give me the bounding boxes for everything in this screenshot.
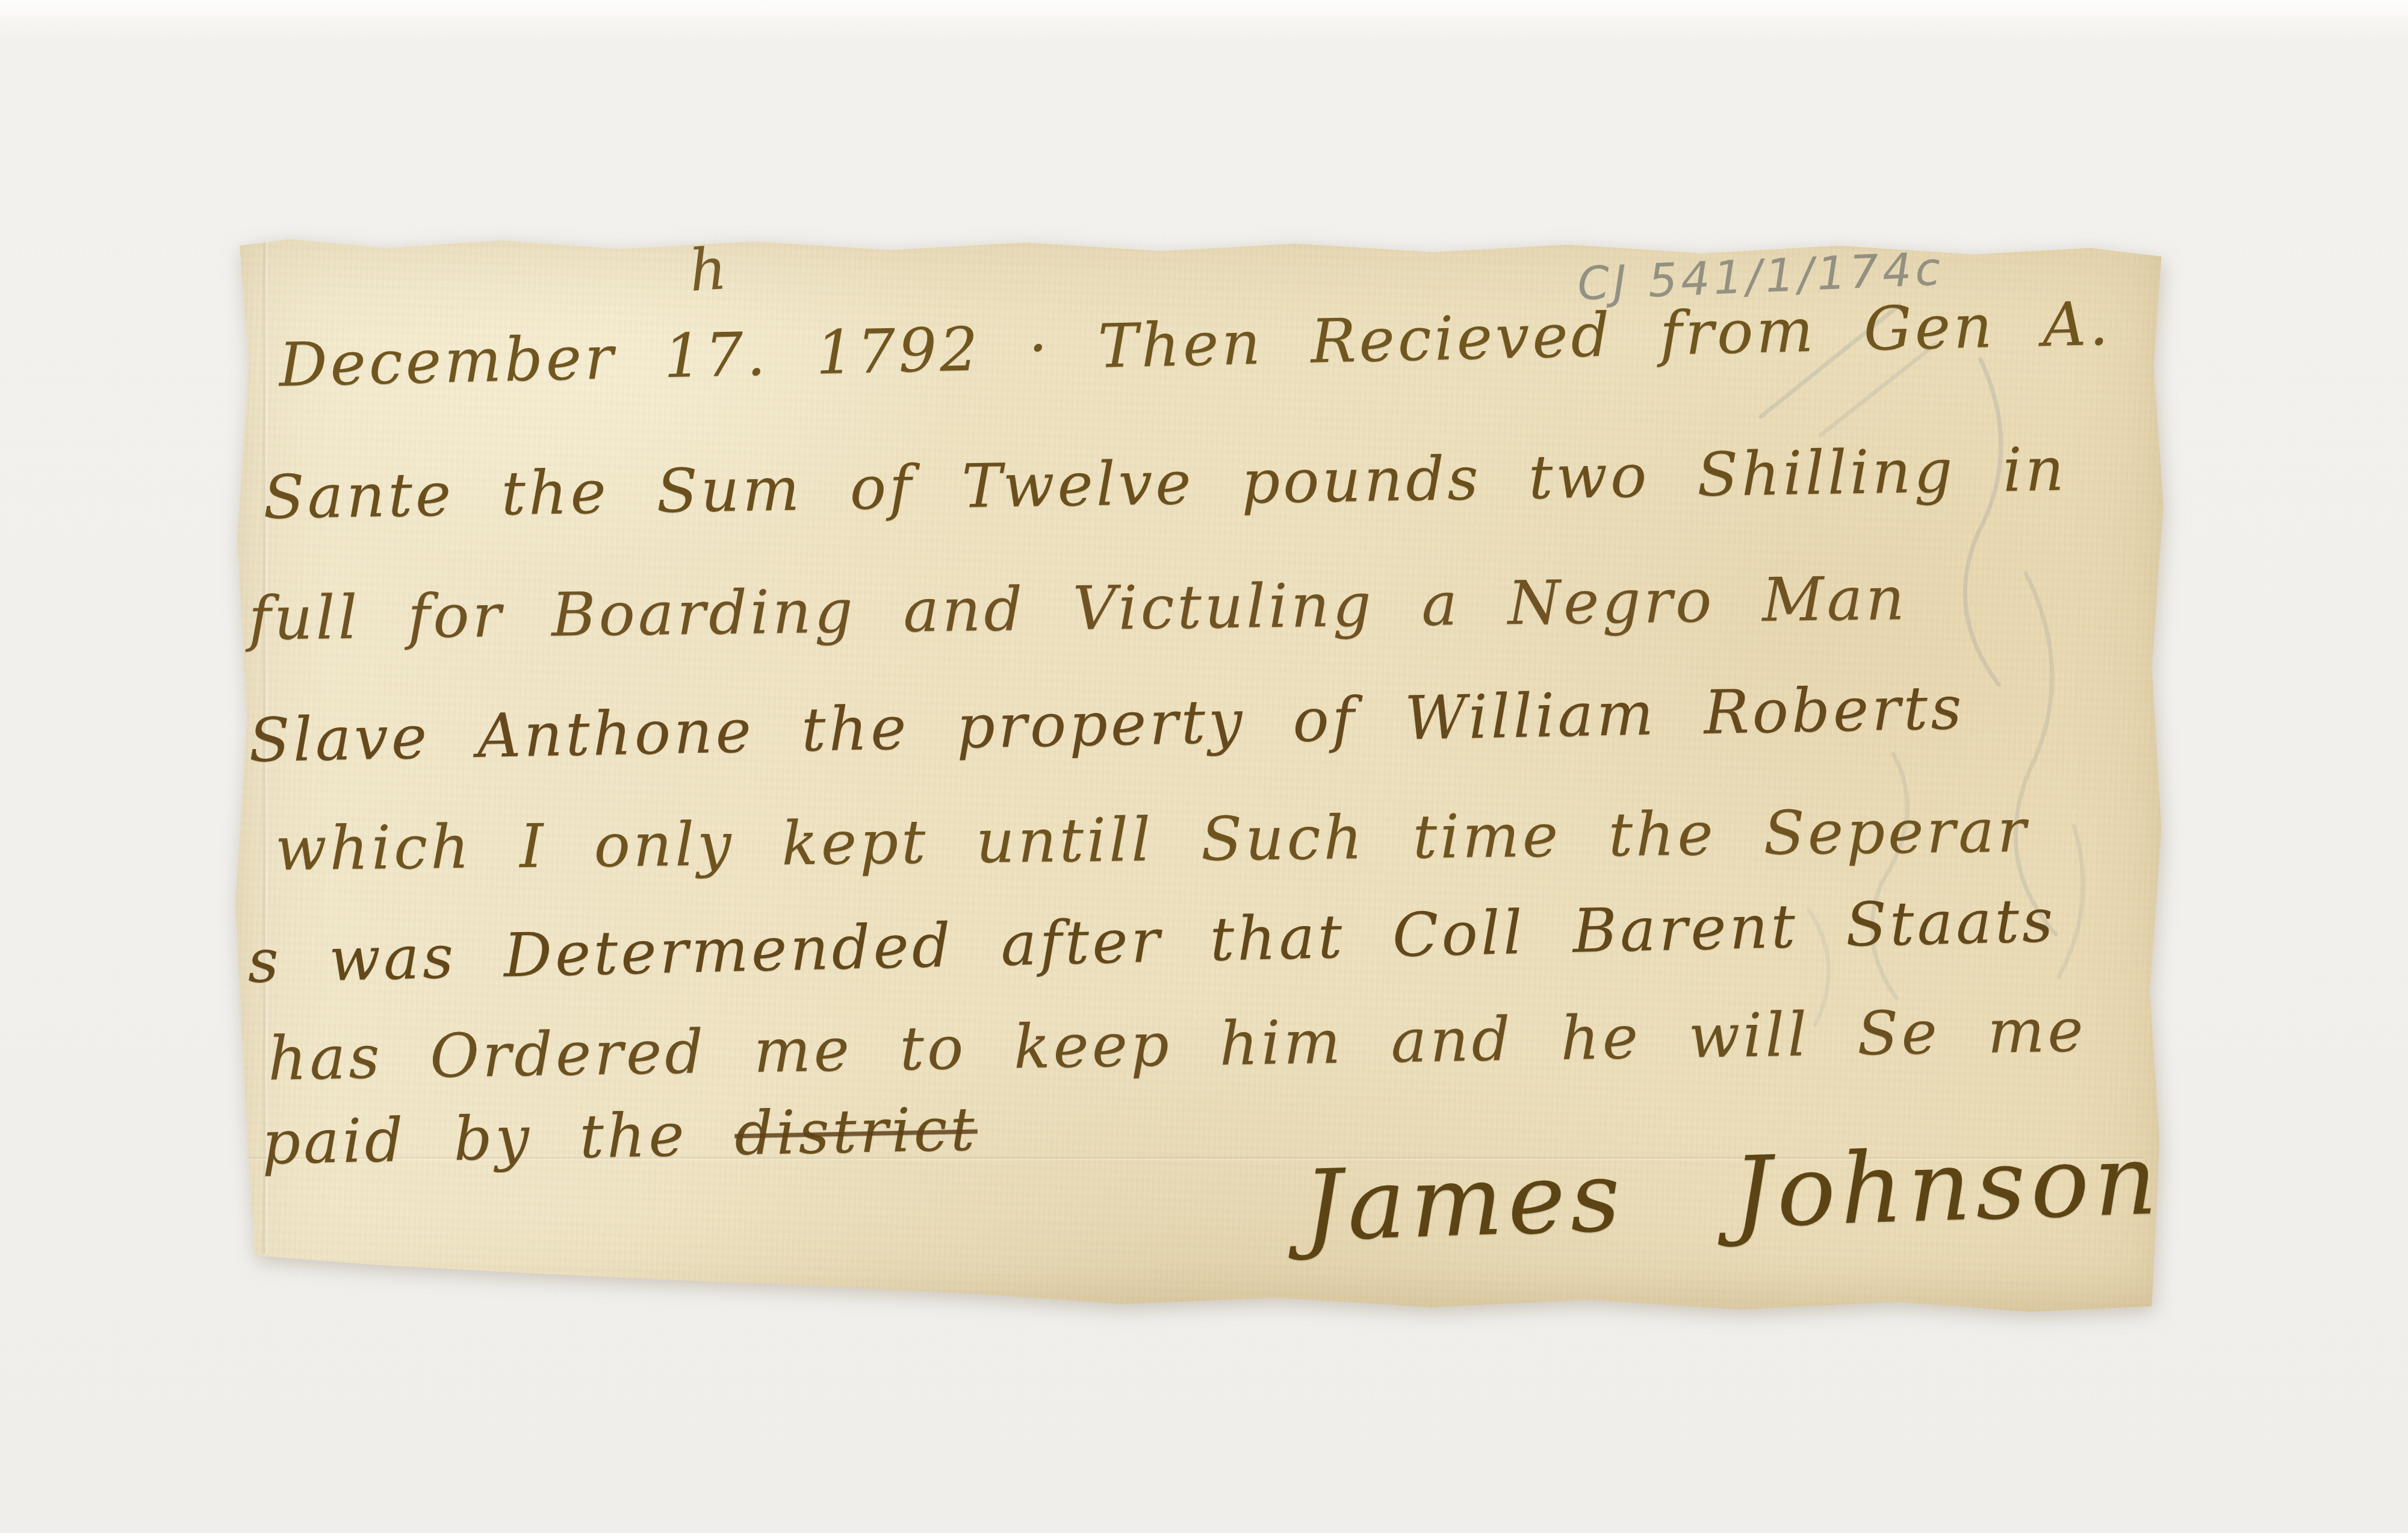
receipt-paper: h December 17. 1792 · Then Recieved from…	[232, 236, 2167, 1314]
receipt-paper-wrapper: h December 17. 1792 · Then Recieved from…	[232, 236, 2167, 1314]
handwritten-line-6: s was Determended after that Coll Barent…	[247, 885, 2056, 997]
handwritten-line-5: which I only kept untill Such time the S…	[275, 795, 2029, 885]
handwritten-line-1: December 17. 1792 · Then Recieved from G…	[278, 284, 2281, 400]
handwritten-line-7: has Ordered me to keep him and he will S…	[267, 995, 2087, 1093]
scanned-receipt-page: { "document": { "date_insert_mark": "h",…	[0, 0, 2408, 1533]
handwritten-line-8-text: paid by the	[261, 1098, 735, 1178]
inserted-superscript-mark: h	[687, 235, 728, 305]
scanner-background-edge	[0, 0, 2408, 20]
handwritten-line-3: full for Boarding and Victuling a Negro …	[248, 563, 1908, 654]
handwritten-line-2: Sante the Sum of Twelve pounds two Shill…	[262, 434, 2067, 532]
struck-out-word: district	[734, 1094, 978, 1169]
handwritten-line-8: paid by the district	[261, 1094, 978, 1178]
handwritten-line-4: Slave Anthone the property of William Ro…	[248, 673, 1965, 776]
signature: James Johnson	[1302, 1124, 2163, 1264]
